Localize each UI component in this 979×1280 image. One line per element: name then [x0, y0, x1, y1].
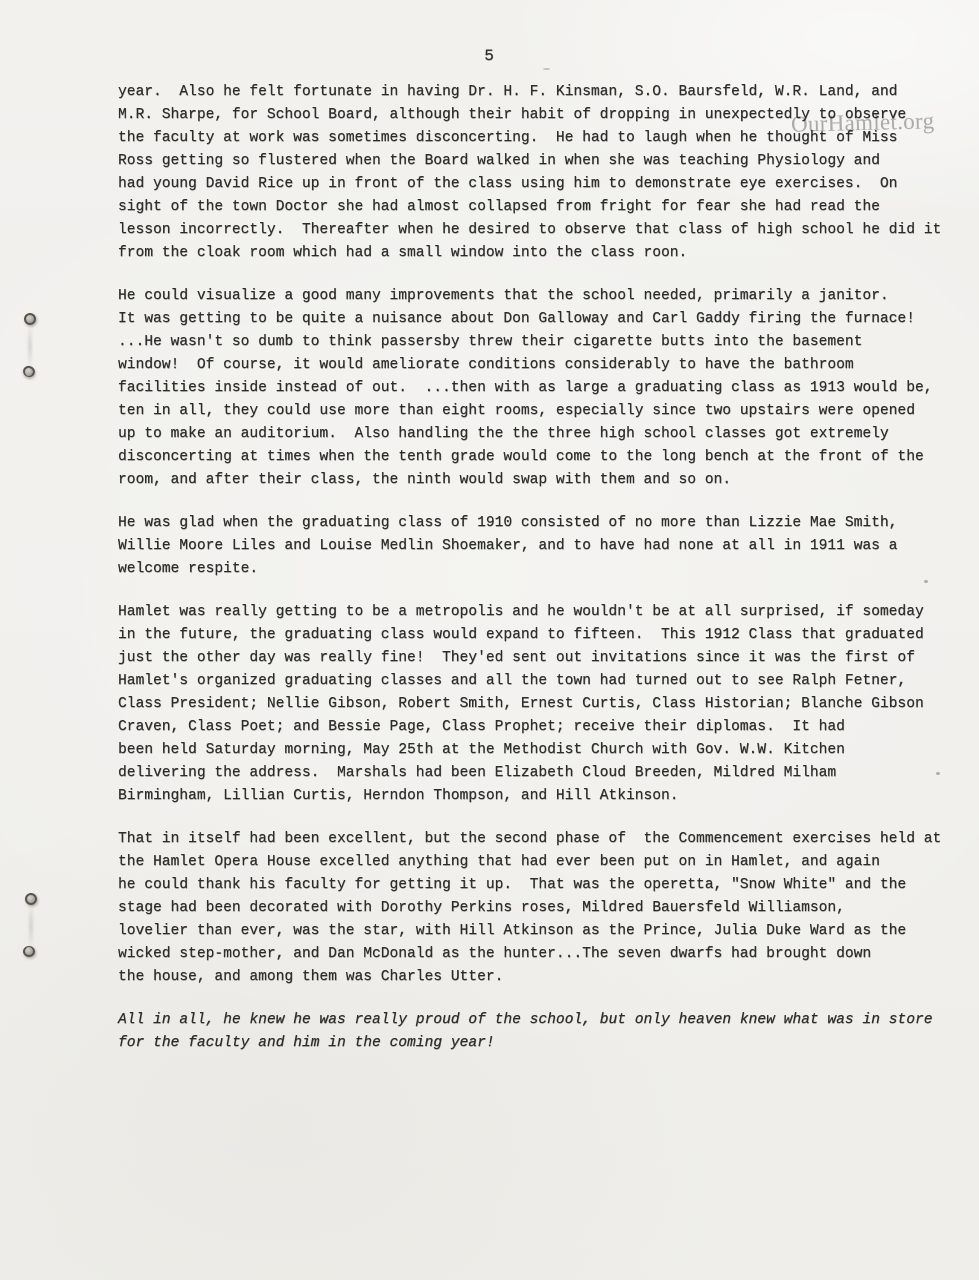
- text-line: just the other day was really fine! They…: [118, 647, 978, 670]
- scan-speck: [543, 68, 550, 70]
- text-line: wicked step-mother, and Dan McDonald as …: [118, 943, 978, 966]
- text-line: M.R. Sharpe, for School Board, although …: [118, 104, 978, 127]
- scanned-document-page: 5 OurHamlet.org year. Also he felt fortu…: [0, 0, 979, 1280]
- text-line: up to make an auditorium. Also handling …: [118, 423, 978, 446]
- scan-streak: [29, 903, 33, 949]
- text-line: disconcerting at times when the tenth gr…: [118, 446, 978, 469]
- text-line: It was getting to be quite a nuisance ab…: [118, 308, 978, 331]
- text-line: Ross getting so flustered when the Board…: [118, 150, 978, 173]
- text-line: lesson incorrectly. Thereafter when he d…: [118, 219, 978, 242]
- text-line: Hamlet's organized graduating classes an…: [118, 670, 978, 693]
- text-line: ten in all, they could use more than eig…: [118, 400, 978, 423]
- text-line: delivering the address. Marshals had bee…: [118, 762, 978, 785]
- text-line: the Hamlet Opera House excelled anything…: [118, 851, 978, 874]
- paragraph: All in all, he knew he was really proud …: [118, 1009, 978, 1055]
- paragraph: Hamlet was really getting to be a metrop…: [118, 601, 978, 808]
- text-line: facilities inside instead of out. ...the…: [118, 377, 978, 400]
- scan-speck: [924, 580, 928, 583]
- text-line: lovelier than ever, was the star, with H…: [118, 920, 978, 943]
- text-line: the faculty at work was sometimes discon…: [118, 127, 978, 150]
- text-line: All in all, he knew he was really proud …: [118, 1009, 978, 1032]
- text-line: He was glad when the graduating class of…: [118, 512, 978, 535]
- text-line: That in itself had been excellent, but t…: [118, 828, 978, 851]
- text-line: been held Saturday morning, May 25th at …: [118, 739, 978, 762]
- scan-speck: [21, 364, 36, 378]
- text-line: he could thank his faculty for getting i…: [118, 874, 978, 897]
- page-number: 5: [0, 47, 979, 65]
- text-line: year. Also he felt fortunate in having D…: [118, 81, 978, 104]
- text-line: from the cloak room which had a small wi…: [118, 242, 978, 265]
- text-line: stage had been decorated with Dorothy Pe…: [118, 897, 978, 920]
- text-line: ...He wasn't so dumb to think passersby …: [118, 331, 978, 354]
- scan-speck: [23, 946, 35, 957]
- text-line: Willie Moore Liles and Louise Medlin Sho…: [118, 535, 978, 558]
- text-line: Class President; Nellie Gibson, Robert S…: [118, 693, 978, 716]
- paragraph: He could visualize a good many improveme…: [118, 285, 978, 492]
- text-line: sight of the town Doctor she had almost …: [118, 196, 978, 219]
- text-line: Craven, Class Poet; and Bessie Page, Cla…: [118, 716, 978, 739]
- text-line: had young David Rice up in front of the …: [118, 173, 978, 196]
- text-line: room, and after their class, the ninth w…: [118, 469, 978, 492]
- text-line: window! Of course, it would ameliorate c…: [118, 354, 978, 377]
- scan-speck: [936, 772, 940, 775]
- text-line: for the faculty and him in the coming ye…: [118, 1032, 978, 1055]
- text-line: Hamlet was really getting to be a metrop…: [118, 601, 978, 624]
- text-line: in the future, the graduating class woul…: [118, 624, 978, 647]
- text-line: the house, and among them was Charles Ut…: [118, 966, 978, 989]
- scan-streak: [28, 323, 32, 369]
- text-line: He could visualize a good many improveme…: [118, 285, 978, 308]
- paragraph: year. Also he felt fortunate in having D…: [118, 81, 978, 265]
- paragraph: That in itself had been excellent, but t…: [118, 828, 978, 989]
- text-line: welcome respite.: [118, 558, 978, 581]
- document-body: year. Also he felt fortunate in having D…: [118, 81, 978, 1075]
- text-line: Birmingham, Lillian Curtis, Herndon Thom…: [118, 785, 978, 808]
- paragraph: He was glad when the graduating class of…: [118, 512, 978, 581]
